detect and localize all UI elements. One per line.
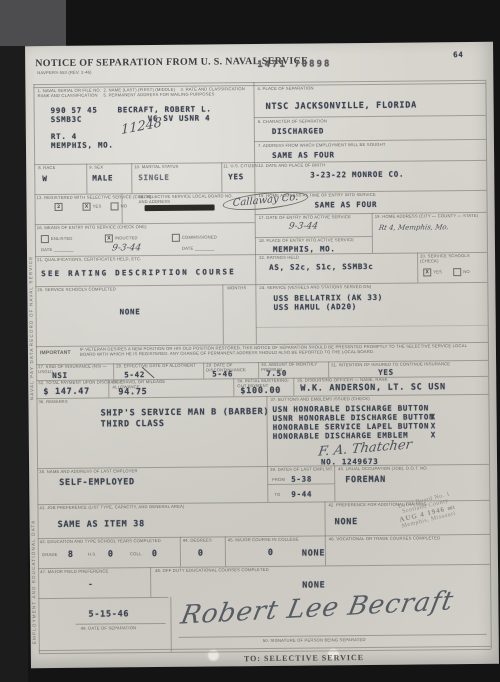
grid-line [325,535,326,565]
label-means-entry: 16. MEANS OF ENTRY INTO SERVICE (CHECK O… [37,225,147,231]
label-date-blank-2: DATE ________ [182,246,215,251]
grid-line [334,465,335,501]
microfilm-background: NOTICE OF SEPARATION FROM U. S. NAVAL SE… [0,0,500,682]
grid-line [372,213,373,253]
label-job-pref: 41. JOB PREFERENCE (LIST TYPE, CAPACITY,… [39,505,184,511]
value-qualifications: SEE RATING DESCRIPTION COURSE [41,267,236,278]
value-citizen: YES [228,172,244,181]
value-address-line2: MEMPHIS, MO. [51,140,114,150]
label-off-duty: 48. OFF DUTY EDUCATIONAL COURSES COMPLET… [155,568,269,574]
value-occupation: FOREMAN [345,475,386,485]
value-serial: 990 57 45 [51,106,98,115]
value-address-line1: RT. 4 [51,132,77,141]
ss-no-checkbox [111,202,119,210]
label-yes: YES [93,205,102,210]
value-off-duty: NONE [302,580,325,590]
label-separation-date: 49. DATE OF SEPARATION [81,626,137,631]
label-ins-kind: 27. KIND OF INSURANCE (NSI — USGLI) [38,364,110,374]
value-job-pref: SAME AS ITEM 38 [58,519,145,530]
label-enlisted: ENLISTED [51,237,73,242]
label-important: IMPORTANT [40,351,71,356]
label-from: FROM [272,478,285,483]
document-number-stamp: 1471 70898 [257,59,331,70]
page-number: 64 [453,50,464,59]
value-grade: 8 [68,550,74,560]
grid-line [131,163,132,193]
grid-line [258,362,259,378]
label-degrees: 44. DEGREES [183,538,212,543]
label-buttons: 37. BUTTONS AND EMBLEMS ISSUED (CHECK) [270,397,369,403]
grid-line [267,483,334,485]
routing-line: TO: SELECTIVE SERVICE [244,653,364,663]
label-citizen: 11. U.S. CITIZEN [223,164,258,169]
value-total-pay: $ 147.47 [43,387,90,397]
grid-line [203,363,204,379]
value-vessel-2: USS HAMUL (AD20) [274,302,358,312]
value-sex: MALE [92,173,113,182]
grid-line [86,164,87,194]
label-inducted: INDUCTED [115,236,138,241]
value-mustering: $100.00 [240,386,281,396]
grid-line [170,597,172,652]
grid-line [108,379,109,397]
label-vessels: 24. SERVICE (VESSELS AND STATIONS SERVED… [259,285,371,291]
grid-line [225,536,226,566]
value-ins-disc: 5-46 [212,369,233,378]
punch-hole-left [207,648,220,661]
label-major: 45. MAJOR COURSE IN COLLEGE [228,537,318,543]
grid-line [254,115,486,118]
button-mark-4: X [431,430,436,439]
label-to: TO [274,493,280,498]
label-occupation: 40. USUAL OCCUPATION (JOB), D.O.T. NO. [338,466,428,472]
scan-corner-patch [0,0,66,46]
grid-line [222,284,224,344]
label-schools-yes: YES [433,270,442,275]
commissioned-checkbox [172,234,180,242]
label-employer: 38. NAME AND ADDRESS OF LAST EMPLOYER [39,469,138,475]
value-major: 0 [268,548,274,558]
grid-line [417,252,418,282]
label-remarks: 36. REMARKS [38,400,67,405]
schools-no-checkbox [453,268,461,276]
label-ins-allot: 28. EFFECTIVE DATE OF ALLOTMENT [116,364,200,370]
label-date-blank-1: DATE ________ [41,248,74,253]
value-ratings: AS, S2c, S1c, SSMB3c [269,262,373,272]
ss-box-2: 2 [55,203,63,211]
value-training: NONE [335,517,358,527]
label-months: MONTHS [227,286,246,291]
label-coll: COLL. [130,552,143,557]
label-race: 8. RACE [38,166,55,171]
grid-line [267,466,268,502]
value-ins-cont: YES [378,368,394,377]
label-hs: H.S. [88,553,97,558]
value-emp-from: 5-38 [291,475,312,484]
label-local-board: 14. SELECTIVE SERVICE LOCAL BOARD NO. AN… [138,194,233,205]
value-employer: SELF-EMPLOYED [59,477,135,488]
label-schools-no: NO [463,270,470,275]
value-birth: 3-23-22 MONROE CO. [310,170,404,180]
value-schools: NONE [120,307,141,316]
value-character-separation: DISCHARGED [272,126,324,136]
value-rate: SSMB3C [51,115,82,124]
grid-line [113,363,114,379]
handwritten-induction-date: 9-3-44 [111,243,142,253]
label-rank-class: RANK AND CLASSIFICATION [37,94,97,99]
label-education: 43. EDUCATION AND TYPE SCHOOL YEARS COMP… [40,539,170,545]
value-home-entry: SAME AS FOUR [315,200,378,210]
handwritten-number: 11248 [121,115,162,138]
local-board-stamp: Local Board No. 1 Scotland County AUG 4 … [360,483,492,539]
button-mark-3: X [431,421,436,430]
button-mark-2: X [431,412,436,421]
label-character-separation: 6. CHARACTER OF SEPARATION [258,119,327,124]
value-marital: SINGLE [138,173,169,182]
label-vocational: 46. VOCATIONAL OR TRADE COURSES COMPLETE… [329,536,441,542]
value-race: W [42,174,47,183]
label-grade: GRADE [42,553,58,558]
label-place-separation: 4. PLACE OF SEPARATION [257,86,313,91]
value-hs: 0 [108,549,114,559]
value-remarks-2: THIRD CLASS [101,419,165,430]
value-travel: 94.75 [118,387,147,397]
grid-line [180,537,181,567]
side-label-employment: EMPLOYMENT AND EDUCATIONAL DATA [30,474,37,644]
label-entry-place: 18. PLACE OF ENTRY INTO ACTIVE SERVICE [259,238,354,244]
grid-line [150,567,151,597]
label-major-pref: 47. MAJOR FIELD PREFERENCE [40,569,140,575]
value-major-pref: - [88,580,93,589]
value-entry-date: 9-3-44 [288,221,319,231]
label-ratings: 22. RATINGS HELD [259,256,299,261]
form-id: NAVPERS-553 (REV. 2-46) [37,71,91,76]
ss-yes-checkbox: X [83,203,91,211]
side-label-naval-service: RECORD OF NAVAL SERVICE [27,196,33,346]
label-schools-check: 20. SERVICE SCHOOLS (CHECK) [420,254,484,264]
value-place-separation: NTSC JACKSONVILLE, FLORIDA [266,101,417,112]
value-ins-allot: 5-42 [124,370,145,379]
label-birth: 12. DATE AND PLACE OF BIRTH [258,163,325,168]
value-vocational: NONE [302,548,325,558]
side-label-pay-data: NAVAL PAY DATA [29,348,34,400]
label-sex: 9. SEX [89,166,103,171]
value-ins-kind: NSI [52,371,68,380]
redacted-local-board [145,204,215,211]
label-person-signature: 50. SIGNATURE OF PERSON BEING SEPARATED [263,638,366,644]
label-entry-date: 17. DATE OF ENTRY INTO ACTIVE SERVICE [259,215,351,221]
value-emp-to: 9-44 [291,490,312,499]
label-marital: 10. MARITAL STATUS [134,165,178,170]
grid-line [324,501,325,535]
grid-line [328,361,329,377]
label-total-pay: 32. TOTAL PAYMENT UPON DISCHARGE [38,380,123,386]
value-home-after: Rt 4, Memphis, Mo. [378,223,449,232]
value-employment-address: SAME AS FOUR [272,150,335,160]
label-home-entry: 15. HOME ADDRESS AT TIME OF ENTRY INTO S… [258,193,375,199]
value-separation-date: 5-15-46 [88,609,129,619]
label-mailing-address: 5. PERMANENT ADDRESS FOR MAILING PURPOSE… [103,92,214,98]
veteran-signature: Robert Lee Becraft [178,586,456,630]
label-commissioned: COMMISSIONED [182,235,217,240]
label-employment-address: 7. ADDRESS FROM WHICH EMPLOYMENT WILL BE… [258,143,386,149]
enlisted-checkbox [41,235,49,243]
value-remarks-1: SHIP'S SERVICE MAN B (BARBER) [101,407,270,419]
label-qualifications: 21. QUALIFICATIONS, CERTIFICATES HELD, E… [37,257,141,263]
inducted-checkbox: X [105,234,113,242]
grid-line [256,325,488,328]
grid-line [38,597,168,599]
value-degrees: 0 [198,549,204,559]
value-ins-prem: 7.50 [266,369,287,378]
grid-line [293,378,294,396]
schools-yes-checkbox: X [423,268,431,276]
label-home-after: 19. HOME ADDRESS (CITY — COUNTY — STATE) [375,214,483,220]
scan-left-band [0,46,28,682]
label-schools: 25. SERVICE SCHOOLS COMPLETED [37,287,116,293]
value-coll: 0 [152,549,158,559]
label-ss-registered: 13. REGISTERED WITH SELECTIVE SERVICE (C… [36,195,151,201]
separation-notice-document: NOTICE OF SEPARATION FROM U. S. NAVAL SE… [25,42,499,668]
grid-line [233,378,234,396]
label-emp-dates: 39. DATES OF LAST EMPL'MT. [270,467,333,472]
value-disbursing: W.K. ANDERSON, LT. SC USN [300,382,446,393]
